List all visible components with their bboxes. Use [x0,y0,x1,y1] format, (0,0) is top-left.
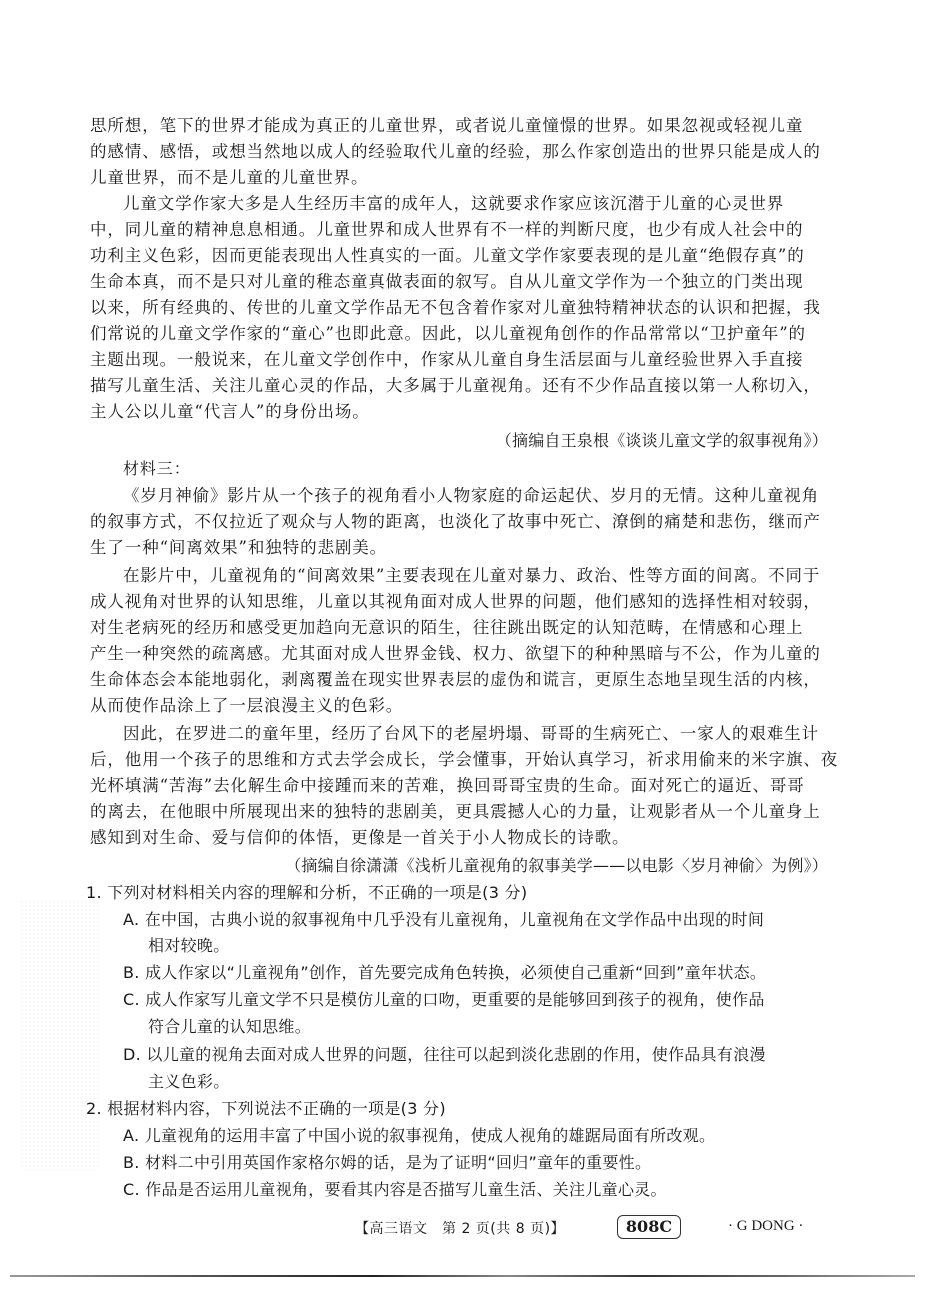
option-label: C. [123,990,140,1009]
text-line: 产生一种突然的疏离感。尤其面对成人世界金钱、权力、欲望下的种种黑暗与不公，作为儿… [90,644,830,666]
text-line: 生了一种“间离效果”和独特的悲剧美。 [90,538,830,560]
option-text: 以儿童的视角去面对成人世界的问题，往往可以起到淡化悲剧的作用，使作品具有浪漫 [146,1045,765,1064]
page-footer: 【高三语文 第 2 页(共 8 页)】 808C · G DONG · [0,1215,950,1241]
question-stem: 2. 根据材料内容，下列说法不正确的一项是(3 分) [86,1099,826,1121]
text-line: 思所想，笔下的世界才能成为真正的儿童世界，或者说儿童憧憬的世界。如果忽视或轻视儿… [90,116,830,138]
section-heading: 材料三： [123,459,863,481]
source-citation: （摘编自王泉根《谈谈儿童文学的叙事视角》） [496,431,828,453]
option-a[interactable]: A. 在中国，古典小说的叙事视角中几乎没有儿童视角，儿童视角在文学作品中出现的时… [123,910,863,932]
text-line: 主题出现。一般说来，在儿童文学创作中，作家从儿童自身生活层面与儿童经验世界入手直… [90,350,830,372]
text-line: 儿童世界，而不是儿童的儿童世界。 [90,168,830,190]
text-line: 生命本真，而不是只对儿童的稚态童真做表面的叙写。自从儿童文学作为一个独立的门类出… [90,272,830,294]
exam-code-badge: 808C [617,1215,681,1239]
text-line: 在影片中，儿童视角的“间离效果”主要表现在儿童对暴力、政治、性等方面的间离。不同… [123,566,830,588]
option-label: C. [123,1180,140,1199]
text-line: 《岁月神偷》影片从一个孩子的视角看小人物家庭的命运起伏、岁月的无情。这种儿童视角 [123,486,830,508]
text-line: 描写儿童生活、关注儿童心灵的作品，大多属于儿童视角。还有不少作品直接以第一人称切… [90,376,830,398]
text-line: 后，他用一个孩子的思维和方式去学会成长，学会懂事，开始认真学习，祈求用偷来的米字… [90,750,830,772]
option-c[interactable]: C. 成人作家写儿童文学不只是模仿儿童的口吻，更重要的是能够回到孩子的视角，使作… [123,990,863,1012]
option-label: B. [123,1153,140,1172]
option-label: D. [123,1045,141,1064]
brand-mark: · G DONG · [728,1218,803,1235]
option-label: A. [123,910,139,929]
exam-page: 思所想，笔下的世界才能成为真正的儿童世界，或者说儿童憧憬的世界。如果忽视或轻视儿… [0,0,950,1295]
text-line: 对生老病死的经历和感受更加趋向无意识的陌生，往往跳出既定的认知范畴，在情感和心理… [90,618,830,640]
text-line: 从而使作品涂上了一层浪漫主义的色彩。 [90,696,830,718]
text-line: 主人公以儿童“代言人”的身份出场。 [90,402,830,424]
page-info: 【高三语文 第 2 页(共 8 页)】 [355,1218,565,1238]
question-stem: 1. 下列对材料相关内容的理解和分析，不正确的一项是(3 分) [86,883,826,905]
text-line: 因此，在罗进二的童年里，经历了台风下的老屋坍塌、哥哥的生病死亡、一家人的艰难生计 [123,724,830,746]
option-d[interactable]: D. 以儿童的视角去面对成人世界的问题，往往可以起到淡化悲剧的作用，使作品具有浪… [123,1045,863,1067]
text-line: 中，同儿童的精神息息相通。儿童世界和成人世界有不一样的判断尺度，也少有成人社会中… [90,220,830,242]
option-d-cont: 主义色彩。 [148,1072,888,1094]
bottom-divider [10,1275,915,1277]
text-line: 的感情、感悟，或想当然地以成人的经验取代儿童的经验，那么作家创造出的世界只能是成… [90,142,830,164]
source-citation: （摘编自徐潇潇《浅析儿童视角的叙事美学——以电影〈岁月神偷〉为例》） [285,856,828,878]
option-b[interactable]: B. 成人作家以“儿童视角”创作，首先要完成角色转换，必须使自己重新“回到”童年… [123,963,863,985]
text-line: 光杯填满“苦海”去化解生命中接踵而来的苦难，换回哥哥宝贵的生命。面对死亡的逼近、… [90,776,830,798]
option-text: 儿童视角的运用丰富了中国小说的叙事视角，使成人视角的雄踞局面有所改观。 [145,1126,716,1145]
text-line: 以来，所有经典的、传世的儿童文学作品无不包含着作家对儿童独特精神状态的认识和把握… [90,298,830,320]
option-text: 成人作家写儿童文学不只是模仿儿童的口吻，更重要的是能够回到孩子的视角，使作品 [145,990,764,1009]
option-text: 成人作家以“儿童视角”创作，首先要完成角色转换，必须使自己重新“回到”童年状态。 [145,963,766,982]
text-line: 感知到对生命、爱与信仰的体悟，更像是一首关于小人物成长的诗歌。 [90,828,830,850]
text-line: 儿童文学作家大多是人生经历丰富的成年人，这就要求作家应该沉潜于儿童的心灵世界 [123,194,830,216]
text-line: 功利主义色彩，因而更能表现出人性真实的一面。儿童文学作家要表现的是儿童“绝假存真… [90,246,830,268]
option-c[interactable]: C. 作品是否运用儿童视角，要看其内容是否描写儿童生活、关注儿童心灵。 [123,1180,863,1202]
option-label: A. [123,1126,139,1145]
text-line: 们常说的儿童文学作家的“童心”也即此意。因此，以儿童视角创作的作品常常以“卫护童… [90,324,830,346]
option-text: 作品是否运用儿童视角，要看其内容是否描写儿童生活、关注儿童心灵。 [145,1180,667,1199]
text-line: 的叙事方式，不仅拉近了观众与人物的距离，也淡化了故事中死亡、潦倒的痛楚和悲伤，继… [90,512,830,534]
option-text: 材料二中引用英国作家格尔姆的话，是为了证明“回归”童年的重要性。 [145,1153,651,1172]
text-line: 生命体态会本能地弱化，剥离覆盖在现实世界表层的虚伪和谎言，更原生态地呈现生活的内… [90,670,830,692]
option-text: 在中国，古典小说的叙事视角中几乎没有儿童视角，儿童视角在文学作品中出现的时间 [145,910,764,929]
option-a[interactable]: A. 儿童视角的运用丰富了中国小说的叙事视角，使成人视角的雄踞局面有所改观。 [123,1126,863,1148]
option-label: B. [123,963,140,982]
option-b[interactable]: B. 材料二中引用英国作家格尔姆的话，是为了证明“回归”童年的重要性。 [123,1153,863,1175]
option-c-cont: 符合儿童的认知思维。 [148,1017,888,1039]
text-line: 成人视角对世界的认知思维，儿童以其视角面对成人世界的问题，他们感知的选择性相对较… [90,592,830,614]
text-line: 的离去，在他眼中所展现出来的独特的悲剧美，更具震撼人心的力量，让观影者从一个儿童… [90,802,830,824]
option-a-cont: 相对较晚。 [148,936,888,958]
scan-noise [20,900,100,1170]
